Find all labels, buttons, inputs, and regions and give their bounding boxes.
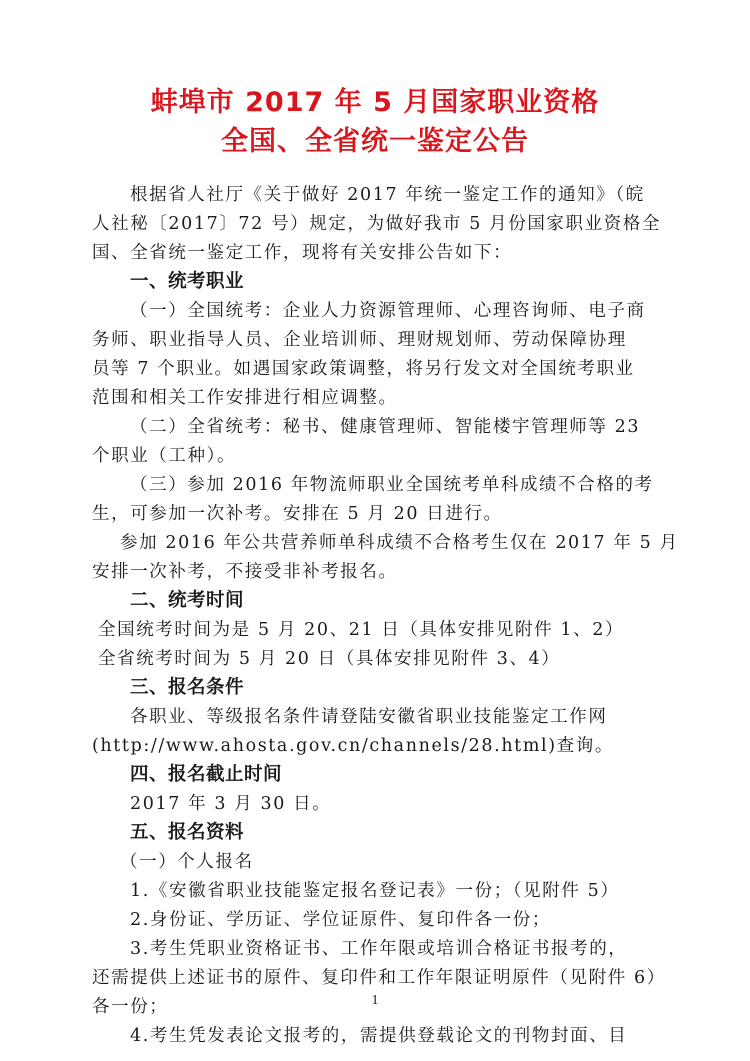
- title-line-1: 蚌埠市 2017 年 5 月国家职业资格: [0, 80, 750, 119]
- paragraph-line: 范围和相关工作安排进行相应调整。: [92, 383, 398, 413]
- paragraph-line: 人社秘〔2017〕72 号）规定，为做好我市 5 月份国家职业资格全: [92, 209, 661, 239]
- paragraph-line: 1.《安徽省职业技能鉴定报名登记表》一份；（见附件 5）: [130, 876, 619, 906]
- title-line-2: 全国、全省统一鉴定公告: [0, 119, 750, 158]
- paragraph-line: 4.考生凭发表论文报考的，需提供登载论文的刊物封面、目: [130, 1021, 627, 1051]
- paragraph-line: 3.考生凭职业资格证书、工作年限或培训合格证书报考的，: [130, 934, 627, 964]
- paragraph-line: 个职业（工种）。: [92, 441, 236, 471]
- paragraph-line: 还需提供上述证书的原件、复印件和工作年限证明原件（见附件 6）: [92, 963, 666, 993]
- paragraph-line: 2017 年 3 月 30 日。: [130, 789, 331, 819]
- paragraph-line: 务师、职业指导人员、企业培训师、理财规划师、劳动保障协理: [92, 325, 627, 355]
- paragraph-line: 全省统考时间为 5 月 20 日（具体安排见附件 3、4）: [98, 644, 560, 674]
- paragraph-line: （一）个人报名: [120, 847, 254, 877]
- document-page: 蚌埠市 2017 年 5 月国家职业资格 全国、全省统一鉴定公告 根据省人社厅《…: [0, 0, 750, 1061]
- url-text-line: (http://www.ahosta.gov.cn/channels/28.ht…: [92, 731, 614, 761]
- section-heading: 五、报名资料: [130, 818, 244, 848]
- page-number: 1: [0, 993, 750, 1009]
- paragraph-line: （一）全国统考：企业人力资源管理师、心理咨询师、电子商: [130, 296, 646, 326]
- paragraph-line: （二）全省统考：秘书、健康管理师、智能楼宇管理师等 23: [130, 412, 640, 442]
- paragraph-line: 国、全省统一鉴定工作，现将有关安排公告如下：: [92, 238, 512, 268]
- paragraph-line: 参加 2016 年公共营养师单科成绩不合格考生仅在 2017 年 5 月: [120, 528, 679, 558]
- section-heading: 一、统考职业: [130, 267, 244, 297]
- paragraph-line: 各职业、等级报名条件请登陆安徽省职业技能鉴定工作网: [130, 702, 608, 732]
- paragraph-line: （三）参加 2016 年物流师职业全国统考单科成绩不合格的考: [130, 470, 654, 500]
- paragraph-line: 生，可参加一次补考。安排在 5 月 20 日进行。: [92, 499, 503, 529]
- paragraph-line: 全国统考时间为是 5 月 20、21 日（具体安排见附件 1、2）: [98, 615, 624, 645]
- section-heading: 二、统考时间: [130, 586, 244, 616]
- paragraph-line: 安排一次补考，不接受非补考报名。: [92, 557, 398, 587]
- paragraph-line: 员等 7 个职业。如遇国家政策调整，将另行发文对全国统考职业: [92, 354, 635, 384]
- section-heading: 四、报名截止时间: [130, 760, 282, 790]
- section-heading: 三、报名条件: [130, 673, 244, 703]
- paragraph-line: 根据省人社厅《关于做好 2017 年统一鉴定工作的通知》（皖: [130, 180, 645, 210]
- paragraph-line: 2.身份证、学历证、学位证原件、复印件各一份；: [130, 905, 551, 935]
